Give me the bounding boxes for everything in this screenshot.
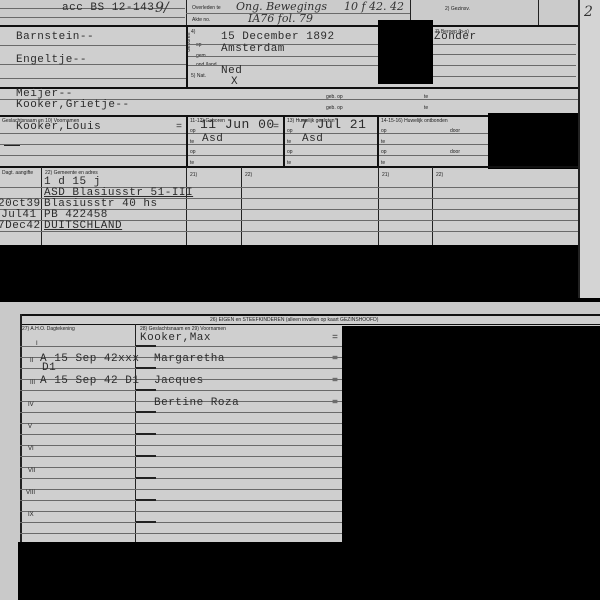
marriage-date: 7 Jul 21	[300, 117, 366, 132]
spouse-name: Kooker,Louis	[16, 121, 101, 133]
mother-te-label: te	[424, 105, 428, 111]
redacted-block-spouse	[488, 113, 578, 169]
child-numeral: V	[28, 424, 32, 430]
address-date: 7Dec42	[0, 220, 41, 232]
address-col22-b: 22)	[436, 172, 443, 178]
dissolved-door2-label: door	[450, 149, 460, 155]
spouse-op2-label: op	[190, 149, 196, 155]
dissolved-op-label: op	[381, 128, 387, 134]
dissolved-op2-label: op	[381, 149, 387, 155]
redacted-photo-block	[378, 20, 433, 84]
birth-place: Amsterdam	[221, 43, 285, 55]
birth-date: 15 December 1892	[221, 31, 335, 43]
born-on-label: op	[196, 42, 202, 48]
address-date-header: Dagt. aangifte	[2, 170, 33, 176]
top-card: acc BS 12-143 9/ Overleden te Ong. Beweg…	[0, 0, 578, 245]
child-numeral: IV	[28, 402, 34, 408]
child-numeral: I	[36, 341, 38, 347]
corner-mark: 2	[584, 4, 593, 20]
mother-geb-op-label: geb. op	[326, 105, 343, 111]
child-eq: =	[332, 354, 338, 365]
child-eq: =	[332, 398, 338, 409]
address-text: DUITSCHLAND	[44, 220, 122, 232]
children-title: 26) EIGEN en STEEFKINDEREN (alleen invul…	[210, 317, 378, 323]
children-card: 26) EIGEN en STEEFKINDEREN (alleen invul…	[20, 314, 600, 542]
child-numeral: VI	[28, 446, 34, 452]
child-aho: A 15 Sep 42 D1	[40, 375, 139, 387]
married-on-label: op	[287, 128, 293, 134]
address-col21-a: 21)	[190, 172, 197, 178]
gezinsv-label: 2) Gezinsv.	[445, 6, 470, 12]
spouse-birth-date: 11 Jun 00	[200, 117, 275, 132]
overleden-label: Overleden te	[192, 5, 221, 11]
redacted-block-children	[342, 326, 600, 542]
married-op2-label: op	[287, 149, 293, 155]
child-numeral: II	[30, 358, 33, 364]
child-name: Kooker,Max	[140, 332, 211, 344]
child-name: Jacques	[154, 375, 204, 387]
address-col22-a: 22)	[245, 172, 252, 178]
marriage-place: Asd	[302, 133, 323, 145]
child-eq: =	[332, 333, 338, 344]
surname: Barnstein--	[16, 31, 94, 43]
child-numeral: VII	[28, 468, 35, 474]
reference-number: acc BS 12-143	[62, 2, 154, 14]
spouse-eq: =	[176, 122, 182, 133]
child-numeral: IX	[28, 512, 34, 518]
dissolved-header: 14-15-16) Huwelijk ontbonden	[381, 118, 448, 124]
redacted-block-middle	[0, 245, 578, 300]
adjacent-card-edge: 2	[578, 0, 600, 298]
dissolved-door-label: door	[450, 128, 460, 134]
given-names: Engeltje--	[16, 54, 87, 66]
married-at-label: te	[287, 139, 291, 145]
overleden-date: 10 f 42. 42	[344, 0, 404, 13]
spouse-born-on-label: op	[190, 128, 196, 134]
child-eq: =	[332, 376, 338, 387]
spouse-born-at-label: te	[190, 139, 194, 145]
aho-header: 27) A.H.O. Dagtekening	[22, 326, 75, 332]
child-numeral: VIII	[26, 490, 35, 496]
born-side-label: Geboren	[186, 33, 192, 52]
dissolved-te-label: te	[381, 139, 385, 145]
redacted-block-bottom	[18, 542, 600, 600]
occupation: Zonder	[434, 31, 477, 43]
child-aho-line2: D1	[42, 362, 56, 374]
child-numeral: III	[30, 380, 35, 386]
reference-scribble: 9/	[155, 0, 169, 16]
address-col21-b: 21)	[382, 172, 389, 178]
akte-label: Akte no.	[192, 17, 210, 23]
spouse-birth-place: Asd	[202, 133, 223, 145]
child-name: Margaretha	[154, 353, 225, 365]
akte-value: IA76 fol. 79	[248, 12, 313, 25]
nat-label: 5) Nat.	[191, 73, 206, 79]
mother-name: Kooker,Grietje--	[16, 99, 130, 111]
child-name: Bertine Roza	[154, 397, 239, 409]
spouse-born-eq: =	[273, 122, 279, 133]
